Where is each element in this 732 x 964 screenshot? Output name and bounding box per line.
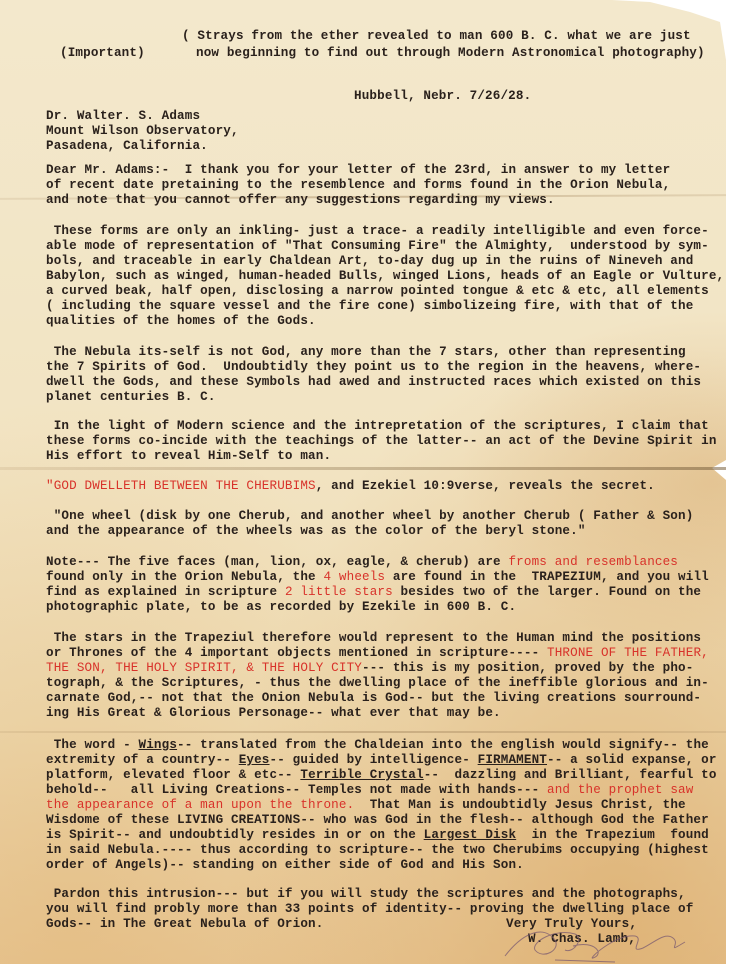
- paragraph-line: find as explained in scripture 2 little …: [46, 585, 701, 600]
- header-note-line: ( Strays from the ether revealed to man …: [182, 29, 691, 44]
- important-label: (Important): [60, 46, 145, 61]
- paragraph-line: photographic plate, to be as recorded by…: [46, 600, 516, 615]
- paragraph-line: of recent date pretaining to the resembl…: [46, 178, 670, 193]
- paragraph-line: you will find probly more than 33 points…: [46, 902, 693, 917]
- recipient-city: Pasadena, California.: [46, 139, 208, 154]
- paragraph-line: His effort to reveal Him-Self to man.: [46, 449, 331, 464]
- place-date: Hubbell, Nebr. 7/26/28.: [354, 89, 531, 104]
- paragraph-line: qualities of the homes of the Gods.: [46, 314, 316, 329]
- scripture-quote-line: "GOD DWELLETH BETWEEN THE CHERUBIMS, and…: [46, 479, 655, 494]
- underlined-text: FIRMAMENT: [478, 753, 547, 767]
- recipient-org: Mount Wilson Observatory,: [46, 124, 239, 139]
- handwritten-signature: [495, 920, 705, 964]
- paragraph-line: ( including the square vessel and the fi…: [46, 299, 693, 314]
- paragraph-line: the 7 Spirits of God. Undoubtidly they p…: [46, 360, 701, 375]
- paragraph-line: Wisdome of these LIVING CREATIONS-- who …: [46, 813, 709, 828]
- paragraph-line: the appearance of a man upon the throne.…: [46, 798, 686, 813]
- underlined-text: Terrible Crystal: [300, 768, 423, 782]
- red-text: 4 wheels: [323, 570, 385, 584]
- paragraph-line: "One wheel (disk by one Cherub, and anot…: [46, 509, 693, 524]
- paragraph-line: behold-- all Living Creations-- Temples …: [46, 783, 693, 798]
- paragraph-line: and note that you cannot offer any sugge…: [46, 193, 555, 208]
- paragraph-line: Pardon this intrusion--- but if you will…: [46, 887, 686, 902]
- paragraph-line: found only in the Orion Nebula, the 4 wh…: [46, 570, 709, 585]
- paragraph-line: these forms co-incide with the teachings…: [46, 434, 717, 449]
- paragraph-line: bols, and traceable in early Chaldean Ar…: [46, 254, 693, 269]
- red-text: "GOD DWELLETH BETWEEN THE CHERUBIMS: [46, 479, 316, 493]
- underlined-text: Eyes: [239, 753, 270, 767]
- paragraph-line: The stars in the Trapeziul therefore wou…: [46, 631, 701, 646]
- paragraph-line: extremity of a country-- Eyes-- guided b…: [46, 753, 717, 768]
- paragraph-line: able mode of representation of "That Con…: [46, 239, 709, 254]
- paragraph-line: in said Nebula.---- thus according to sc…: [46, 843, 709, 858]
- paragraph-line: and the appearance of the wheels was as …: [46, 524, 586, 539]
- underlined-text: Largest Disk: [424, 828, 517, 842]
- red-text: the appearance of a man upon the throne.: [46, 798, 354, 812]
- paragraph-line: dwell the Gods, and these Symbols had aw…: [46, 375, 701, 390]
- underlined-text: Wings: [139, 738, 178, 752]
- paragraph-line: order of Angels)-- standing on either si…: [46, 858, 524, 873]
- red-text: THE SON, THE HOLY SPIRIT, & THE HOLY CIT…: [46, 661, 362, 675]
- paragraph-line: or Thrones of the 4 important objects me…: [46, 646, 709, 661]
- paragraph-line: Gods-- in The Great Nebula of Orion.: [46, 917, 323, 932]
- paragraph-line: These forms are only an inkling- just a …: [46, 224, 709, 239]
- paragraph-line: Dear Mr. Adams:- I thank you for your le…: [46, 163, 670, 178]
- paragraph-line: a curved beak, half open, disclosing a n…: [46, 284, 709, 299]
- paragraph-line: The Nebula its-self is not God, any more…: [46, 345, 686, 360]
- red-text: and the prophet saw: [547, 783, 693, 797]
- paragraph-line: platform, elevated floor & etc-- Terribl…: [46, 768, 717, 783]
- paragraph-line: is Spirit-- and undoubtidly resides in o…: [46, 828, 709, 843]
- paragraph-line: tograph, & the Scriptures, - thus the dw…: [46, 676, 709, 691]
- red-text: THRONE OF THE FATHER,: [547, 646, 709, 660]
- paragraph-line: THE SON, THE HOLY SPIRIT, & THE HOLY CIT…: [46, 661, 693, 676]
- paragraph-line: ing His Great & Glorious Personage-- wha…: [46, 706, 501, 721]
- paragraph-line: Note--- The five faces (man, lion, ox, e…: [46, 555, 678, 570]
- paper-fold-tear: [0, 467, 726, 470]
- paragraph-line: In the light of Modern science and the i…: [46, 419, 709, 434]
- paragraph-line: carnate God,-- not that the Onion Nebula…: [46, 691, 701, 706]
- paragraph-line: Babylon, such as winged, human-headed Bu…: [46, 269, 724, 284]
- header-note-line: now beginning to find out through Modern…: [196, 46, 705, 61]
- paragraph-line: planet centuries B. C.: [46, 390, 216, 405]
- red-text: froms and resemblances: [508, 555, 678, 569]
- red-text: 2 little stars: [285, 585, 393, 599]
- paper-fold: [0, 731, 726, 733]
- paragraph-line: The word - Wings-- translated from the C…: [46, 738, 709, 753]
- recipient-name: Dr. Walter. S. Adams: [46, 109, 200, 124]
